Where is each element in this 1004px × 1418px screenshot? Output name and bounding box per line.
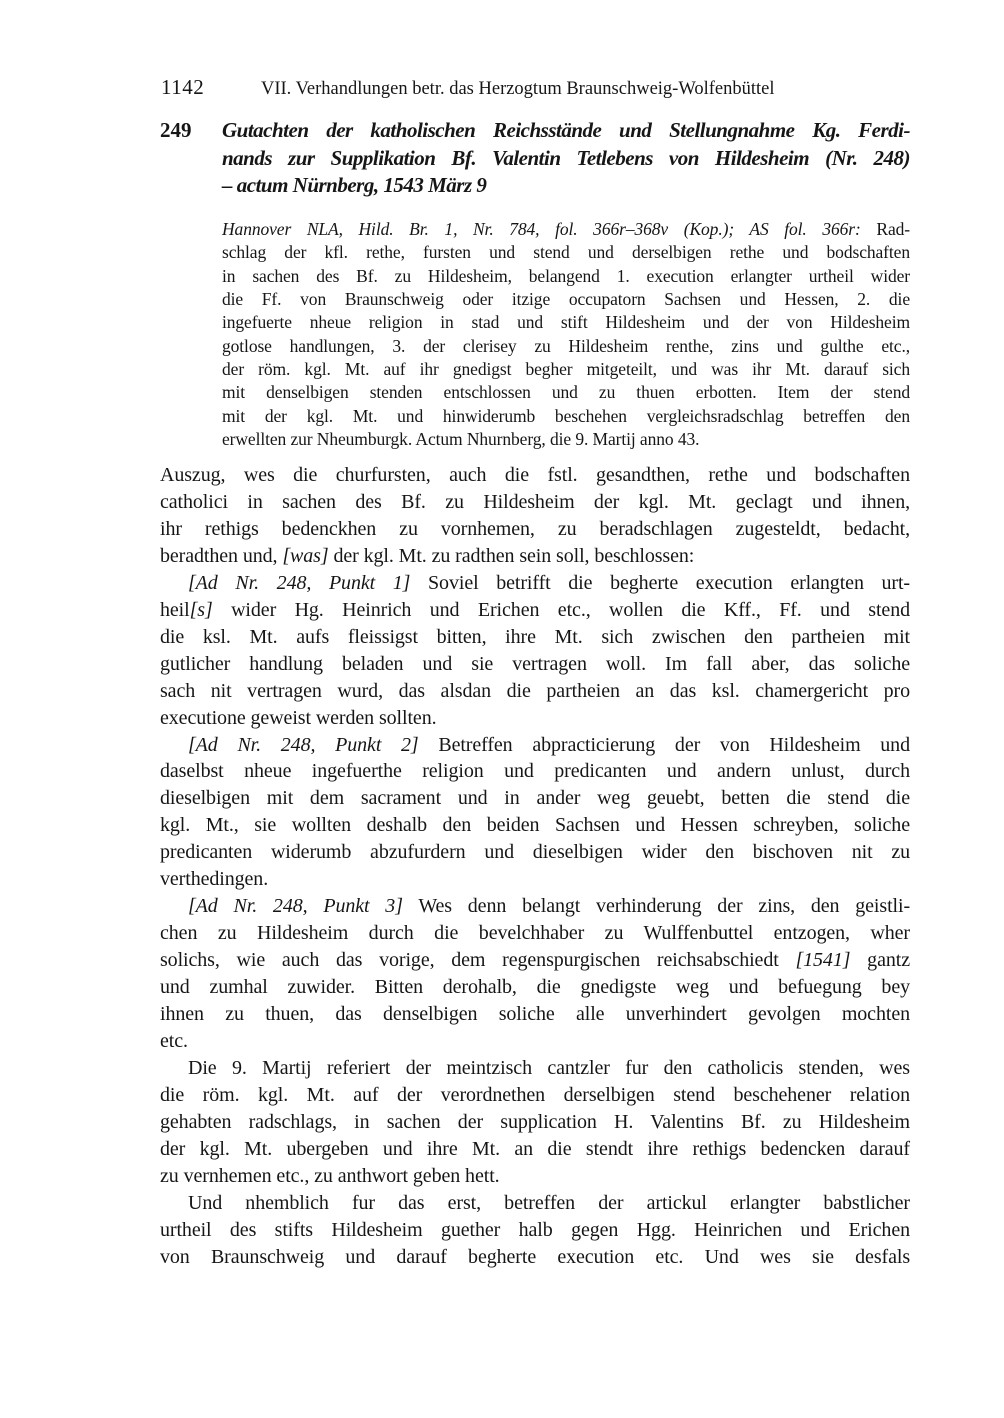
text-line: heil[s] wider Hg. Heinrich und Erichen e…: [160, 597, 910, 624]
text-segment: mit denselbigen stenden entschlossen und…: [222, 382, 910, 402]
text-line: gutlicher handlung beladen und sie vertr…: [160, 651, 910, 678]
text-segment: Die 9. Martij referiert der meintzisch c…: [188, 1057, 910, 1079]
text-segment: dieselbigen mit dem sacrament und in and…: [160, 787, 910, 809]
text-segment: Und nhemblich fur das erst, betreffen de…: [188, 1192, 910, 1214]
text-line: gotlose handlungen, 3. der clerisey zu H…: [222, 335, 910, 358]
text-line: erwellten zur Nheumburgk. Actum Nhurnber…: [222, 428, 910, 451]
text-segment: heil: [160, 599, 190, 621]
text-segment: erwellten zur Nheumburgk. Actum Nhurnber…: [222, 429, 699, 449]
text-line: kgl. Mt., sie wollten deshalb den beiden…: [160, 812, 910, 839]
text-line: solichs, wie auch das vorige, dem regens…: [160, 947, 910, 974]
text-line: Auszug, wes die churfursten, auch die fs…: [160, 462, 910, 489]
text-segment: Soviel betrifft die begherte execution e…: [410, 572, 910, 594]
text-segment: gehabten radschlags, in sachen der suppl…: [160, 1111, 910, 1133]
text-line: etc.: [160, 1028, 910, 1055]
text-segment: der röm. kgl. Mt. auf ihr gnedigst beghe…: [222, 359, 910, 379]
text-segment: Gutachten der katholischen Reichsstände …: [222, 118, 910, 142]
text-line: mit der kgl. Mt. und hinwiderumb bescheh…: [222, 405, 910, 428]
text-line: catholici in sachen des Bf. zu Hildeshei…: [160, 489, 910, 516]
text-segment: beradthen und,: [160, 545, 282, 567]
text-segment: kgl. Mt., sie wollten deshalb den beiden…: [160, 814, 910, 836]
text-segment: Betreffen abpracticierung der von Hildes…: [419, 734, 910, 756]
text-segment: mit der kgl. Mt. und hinwiderumb bescheh…: [222, 406, 910, 426]
text-segment: die röm. kgl. Mt. auf der verordnethen d…: [160, 1084, 910, 1106]
text-line: verthedingen.: [160, 866, 910, 893]
text-segment: Rad-: [861, 219, 910, 239]
text-segment: ingefuerte nheue religion in stad und st…: [222, 312, 910, 332]
text-segment: executione geweist werden sollten.: [160, 707, 437, 729]
text-segment: gantz: [850, 949, 910, 971]
text-line: daselbst nheue ingefuerthe religion und …: [160, 758, 910, 785]
text-segment: gutlicher handlung beladen und sie vertr…: [160, 653, 910, 675]
italic-text-segment: [was]: [282, 545, 328, 567]
text-segment: etc.: [160, 1030, 188, 1052]
text-line: mit denselbigen stenden entschlossen und…: [222, 381, 910, 404]
italic-text-segment: [1541]: [795, 949, 850, 971]
text-line: Gutachten der katholischen Reichsstände …: [222, 117, 910, 145]
text-line: predicanten widerumb abzufurdern und die…: [160, 839, 910, 866]
text-line: Die 9. Martij referiert der meintzisch c…: [160, 1055, 910, 1082]
text-line: die ksl. Mt. aufs fleissigst bitten, ihr…: [160, 624, 910, 651]
text-line: [Ad Nr. 248, Punkt 2] Betreffen abpracti…: [160, 732, 910, 759]
text-segment: urtheil des stifts Hildesheim guether ha…: [160, 1219, 910, 1241]
text-segment: in sachen des Bf. zu Hildesheim, belange…: [222, 266, 910, 286]
entry-number: 249: [160, 117, 192, 145]
text-line: Hannover NLA, Hild. Br. 1, Nr. 784, fol.…: [222, 218, 910, 241]
running-header: 1142 VII. Verhandlungen betr. das Herzog…: [0, 75, 1004, 105]
text-segment: sach nit vertragen wurd, das alsdan die …: [160, 680, 910, 702]
text-line: ihr rethigs bedenckhen zu vornhemen, zu …: [160, 516, 910, 543]
text-segment: der kgl. Mt. ubergeben und ihre Mt. an d…: [160, 1138, 910, 1160]
text-segment: catholici in sachen des Bf. zu Hildeshei…: [160, 491, 910, 513]
text-segment: wider Hg. Heinrich und Erichen etc., wol…: [213, 599, 910, 621]
text-segment: – actum Nürnberg, 1543 März 9: [222, 173, 486, 197]
text-line: beradthen und, [was] der kgl. Mt. zu rad…: [160, 543, 910, 570]
text-segment: Wes denn belangt verhinderung der zins, …: [403, 895, 910, 917]
italic-text-segment: [Ad Nr. 248, Punkt 3]: [188, 895, 403, 917]
italic-text-segment: [s]: [190, 599, 213, 621]
text-line: Und nhemblich fur das erst, betreffen de…: [160, 1190, 910, 1217]
text-segment: schlag der kfl. rethe, fursten und stend…: [222, 242, 910, 262]
text-segment: predicanten widerumb abzufurdern und die…: [160, 841, 910, 863]
text-line: die Ff. von Braunschweig oder itzige occ…: [222, 288, 910, 311]
text-line: ihnen zu thuen, das denselbigen soliche …: [160, 1001, 910, 1028]
body-text: Auszug, wes die churfursten, auch die fs…: [160, 462, 910, 1271]
text-line: zu vernhemen etc., zu anthwort geben het…: [160, 1163, 910, 1190]
entry-title: Gutachten der katholischen Reichsstände …: [222, 117, 910, 200]
text-segment: ihnen zu thuen, das denselbigen soliche …: [160, 1003, 910, 1025]
page-number: 1142: [161, 75, 204, 99]
italic-text-segment: [Ad Nr. 248, Punkt 2]: [188, 734, 419, 756]
text-line: gehabten radschlags, in sachen der suppl…: [160, 1109, 910, 1136]
text-segment: von Braunschweig und darauf begherte exe…: [160, 1246, 910, 1268]
book-page: 1142 VII. Verhandlungen betr. das Herzog…: [0, 0, 1004, 1418]
text-line: in sachen des Bf. zu Hildesheim, belange…: [222, 265, 910, 288]
text-line: schlag der kfl. rethe, fursten und stend…: [222, 241, 910, 264]
text-line: ingefuerte nheue religion in stad und st…: [222, 311, 910, 334]
text-line: dieselbigen mit dem sacrament und in and…: [160, 785, 910, 812]
italic-text-segment: [Ad Nr. 248, Punkt 1]: [188, 572, 410, 594]
text-segment: und zumhal zuwider. Bitten derohalb, die…: [160, 976, 910, 998]
text-segment: die Ff. von Braunschweig oder itzige occ…: [222, 289, 910, 309]
text-line: [Ad Nr. 248, Punkt 3] Wes denn belangt v…: [160, 893, 910, 920]
text-line: nands zur Supplikation Bf. Valentin Tetl…: [222, 145, 910, 173]
text-segment: der kgl. Mt. zu radthen sein soll, besch…: [329, 545, 695, 567]
text-line: urtheil des stifts Hildesheim guether ha…: [160, 1217, 910, 1244]
text-line: – actum Nürnberg, 1543 März 9: [222, 172, 910, 200]
text-line: chen zu Hildesheim durch die bevelchhabe…: [160, 920, 910, 947]
text-segment: gotlose handlungen, 3. der clerisey zu H…: [222, 336, 910, 356]
text-segment: daselbst nheue ingefuerthe religion und …: [160, 760, 910, 782]
text-segment: solichs, wie auch das vorige, dem regens…: [160, 949, 795, 971]
text-segment: zu vernhemen etc., zu anthwort geben het…: [160, 1165, 500, 1187]
text-segment: Auszug, wes die churfursten, auch die fs…: [160, 464, 910, 486]
text-line: der röm. kgl. Mt. auf ihr gnedigst beghe…: [222, 358, 910, 381]
source-note: Hannover NLA, Hild. Br. 1, Nr. 784, fol.…: [222, 218, 910, 451]
text-line: von Braunschweig und darauf begherte exe…: [160, 1244, 910, 1271]
text-segment: ihr rethigs bedenckhen zu vornhemen, zu …: [160, 518, 910, 540]
text-segment: verthedingen.: [160, 868, 268, 890]
text-line: die röm. kgl. Mt. auf der verordnethen d…: [160, 1082, 910, 1109]
text-segment: nands zur Supplikation Bf. Valentin Tetl…: [222, 146, 910, 170]
text-line: sach nit vertragen wurd, das alsdan die …: [160, 678, 910, 705]
text-line: [Ad Nr. 248, Punkt 1] Soviel betrifft di…: [160, 570, 910, 597]
text-line: executione geweist werden sollten.: [160, 705, 910, 732]
text-line: und zumhal zuwider. Bitten derohalb, die…: [160, 974, 910, 1001]
text-line: der kgl. Mt. ubergeben und ihre Mt. an d…: [160, 1136, 910, 1163]
text-segment: chen zu Hildesheim durch die bevelchhabe…: [160, 922, 910, 944]
text-segment: die ksl. Mt. aufs fleissigst bitten, ihr…: [160, 626, 910, 648]
italic-text-segment: Hannover NLA, Hild. Br. 1, Nr. 784, fol.…: [222, 219, 861, 239]
running-title: VII. Verhandlungen betr. das Herzogtum B…: [261, 77, 774, 101]
